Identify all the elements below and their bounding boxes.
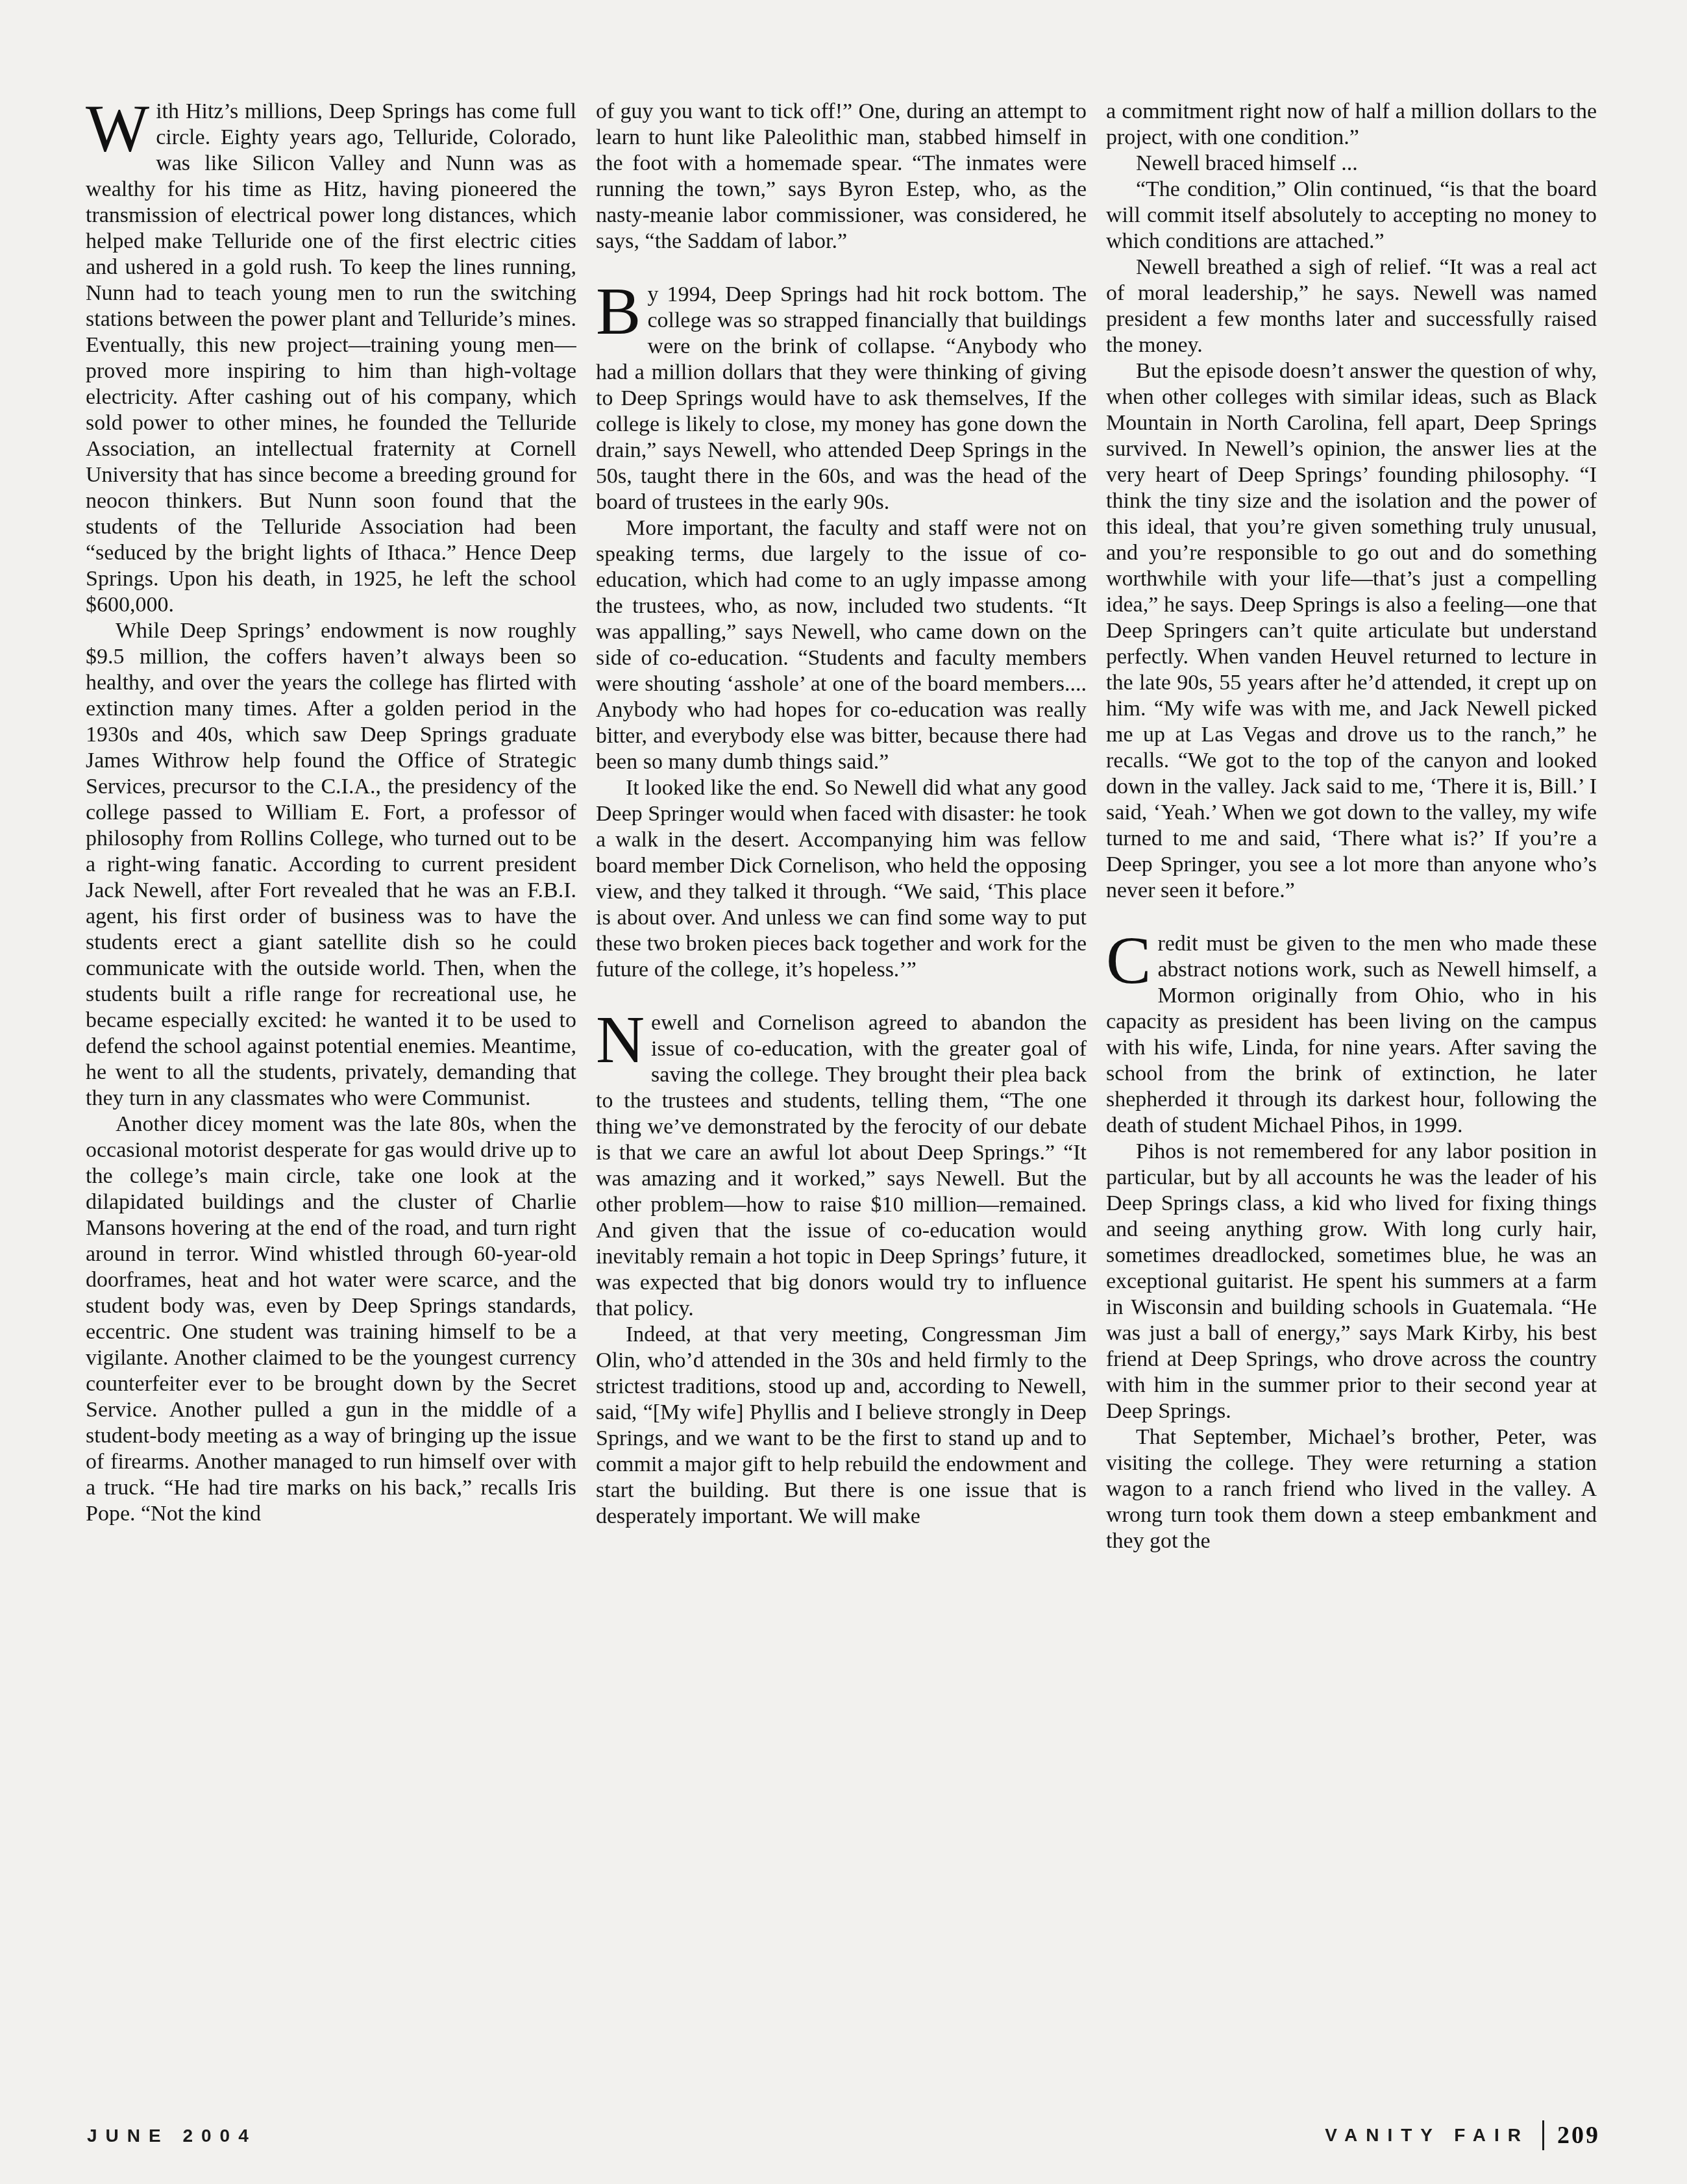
paragraph: a commitment right now of half a million… <box>1106 99 1597 151</box>
footer-page-number: 209 <box>1557 2121 1600 2150</box>
footer-issue-date: JUNE 2004 <box>87 2126 257 2146</box>
magazine-page: With Hitz’s millions, Deep Springs has c… <box>0 0 1687 2184</box>
footer-divider-rule <box>1542 2120 1544 2150</box>
paragraph: Newell breathed a sigh of relief. “It wa… <box>1106 254 1597 358</box>
paragraph: Pihos is not remembered for any labor po… <box>1106 1139 1597 1424</box>
paragraph: Indeed, at that very meeting, Congressma… <box>596 1322 1087 1530</box>
paragraph: More important, the faculty and staff we… <box>596 515 1087 775</box>
paragraph: Newell and Cornelison agreed to abandon … <box>596 1010 1087 1322</box>
article-body: With Hitz’s millions, Deep Springs has c… <box>86 99 1598 1554</box>
column-2: of guy you want to tick off!” One, durin… <box>596 99 1087 1554</box>
drop-cap: N <box>596 1010 651 1066</box>
footer-magazine-title: VANITY FAIR <box>1325 2125 1533 2146</box>
paragraph: of guy you want to tick off!” One, durin… <box>596 99 1087 254</box>
paragraph: By 1994, Deep Springs had hit rock botto… <box>596 282 1087 515</box>
paragraph: Newell braced himself ... <box>1106 151 1597 177</box>
footer-folio: VANITY FAIR 209 <box>1325 2120 1600 2150</box>
column-3: a commitment right now of half a million… <box>1106 99 1597 1554</box>
paragraph: With Hitz’s millions, Deep Springs has c… <box>86 99 576 618</box>
paragraph: But the episode doesn’t answer the quest… <box>1106 358 1597 904</box>
drop-cap: C <box>1106 931 1157 987</box>
paragraph: “The condition,” Olin continued, “is tha… <box>1106 177 1597 254</box>
column-1: With Hitz’s millions, Deep Springs has c… <box>86 99 576 1554</box>
paragraph: Credit must be given to the men who made… <box>1106 931 1597 1139</box>
paragraph: It looked like the end. So Newell did wh… <box>596 775 1087 983</box>
paragraph: Another dicey moment was the late 80s, w… <box>86 1111 576 1527</box>
paragraph: While Deep Springs’ endowment is now rou… <box>86 618 576 1111</box>
page-footer: JUNE 2004 VANITY FAIR 209 <box>0 2116 1687 2150</box>
drop-cap: W <box>86 99 156 155</box>
drop-cap: B <box>596 282 647 338</box>
paragraph: That September, Michael’s brother, Peter… <box>1106 1424 1597 1554</box>
